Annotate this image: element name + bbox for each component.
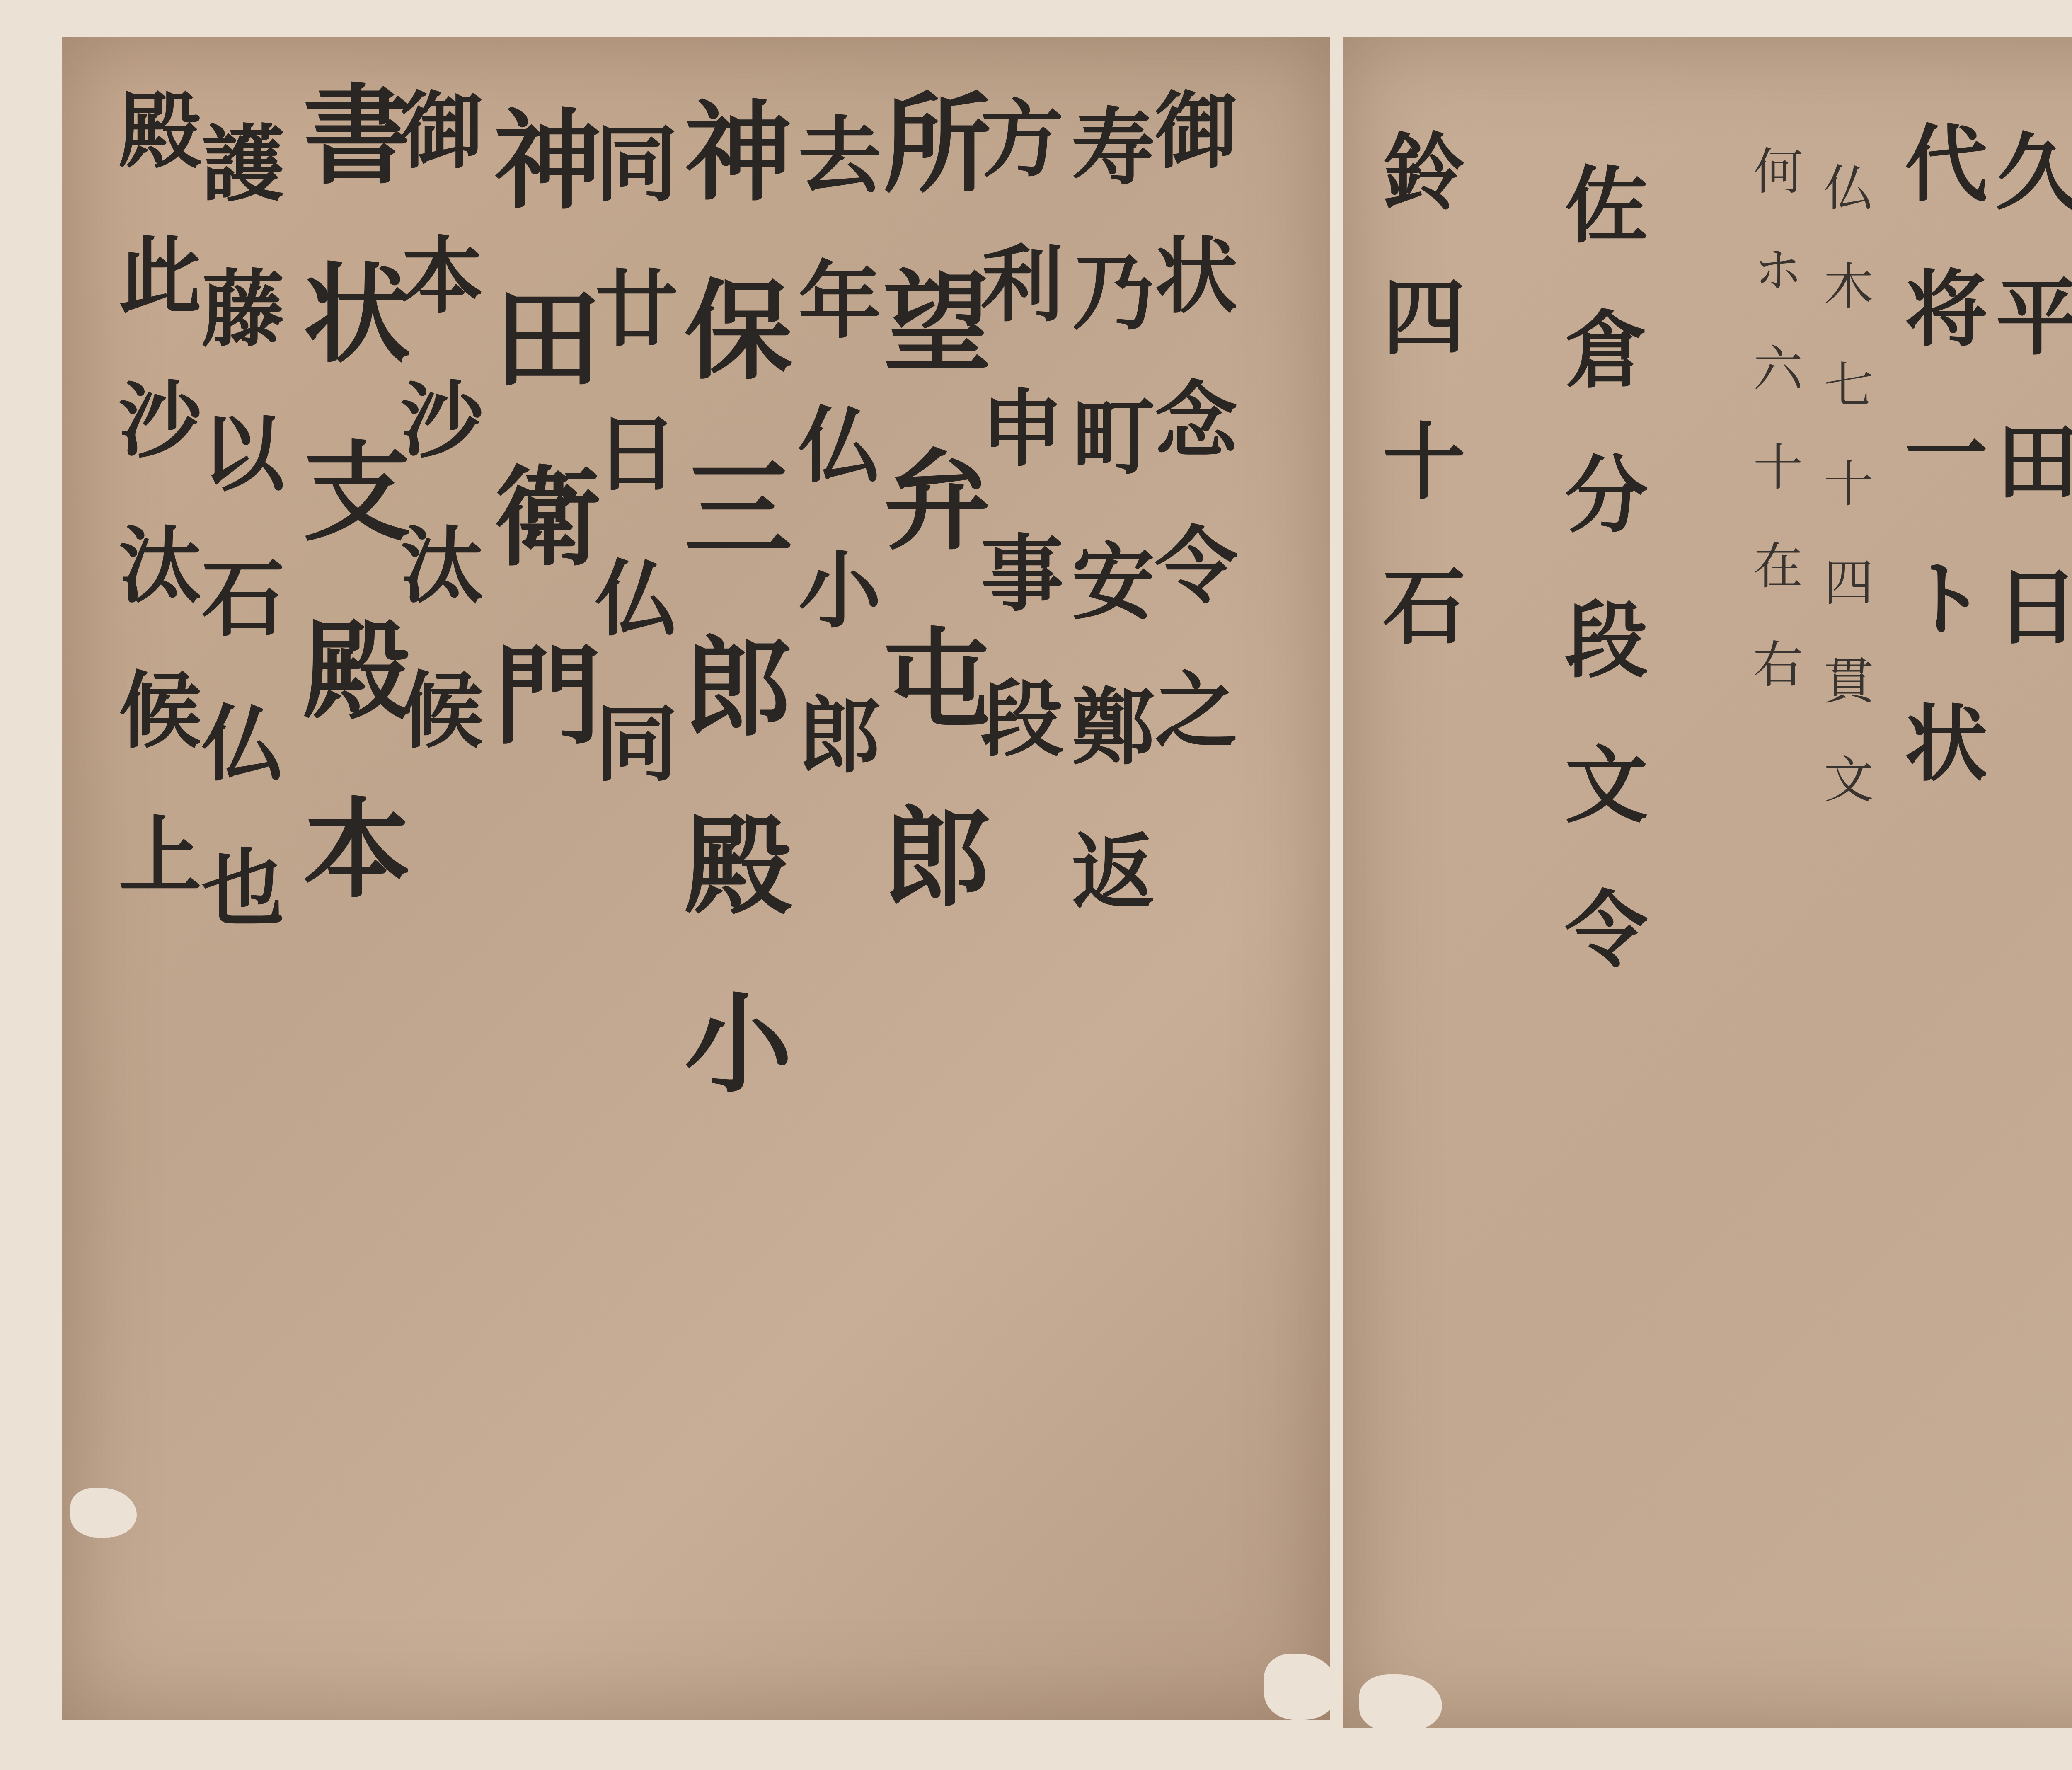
column: 書 状 支 殿 本 xyxy=(294,79,402,917)
column: 久 平 田 日 xyxy=(1989,128,2072,663)
column: 神 保 三 郎 殿 小 xyxy=(675,95,783,1112)
paper-damage xyxy=(70,1488,137,1538)
right-sheet: 七 右 兵 衛 殿 御 返 事 西 三 郎 豊 前 殿 三 久 平 田 日 代 … xyxy=(1343,37,2072,1728)
paper-damage xyxy=(1359,1674,1442,1732)
column: 所 望 弁 屯 郎 xyxy=(874,87,982,925)
column: 殿 此 沙 汰 候 上 xyxy=(112,87,195,911)
column: 佐 倉 分 段 文 令 xyxy=(1558,162,1641,985)
column: 寿 乃 町 安 鄭 返 xyxy=(1065,104,1148,927)
column: 鈴 四 十 石 xyxy=(1376,128,1459,663)
column: 護 藤 以 石 仏 也 xyxy=(195,120,278,944)
column: 代 将 一 ト 状 xyxy=(1898,120,1981,799)
paper-damage xyxy=(1264,1654,1339,1720)
column: 御 状 念 令 之 xyxy=(1148,87,1231,766)
column: 何 ホ 六 十 在 右 xyxy=(1749,145,1798,705)
column: 去 年 仏 小 郎 xyxy=(792,112,874,791)
column: 仏 木 七 十 四 貫 文 xyxy=(1819,162,1869,820)
column: 神 田 衛 門 xyxy=(485,104,593,763)
left-sheet: 御 状 念 令 之 寿 乃 町 安 鄭 返 方 利 申 事 段 所 望 弁 屯 … xyxy=(62,37,1330,1720)
